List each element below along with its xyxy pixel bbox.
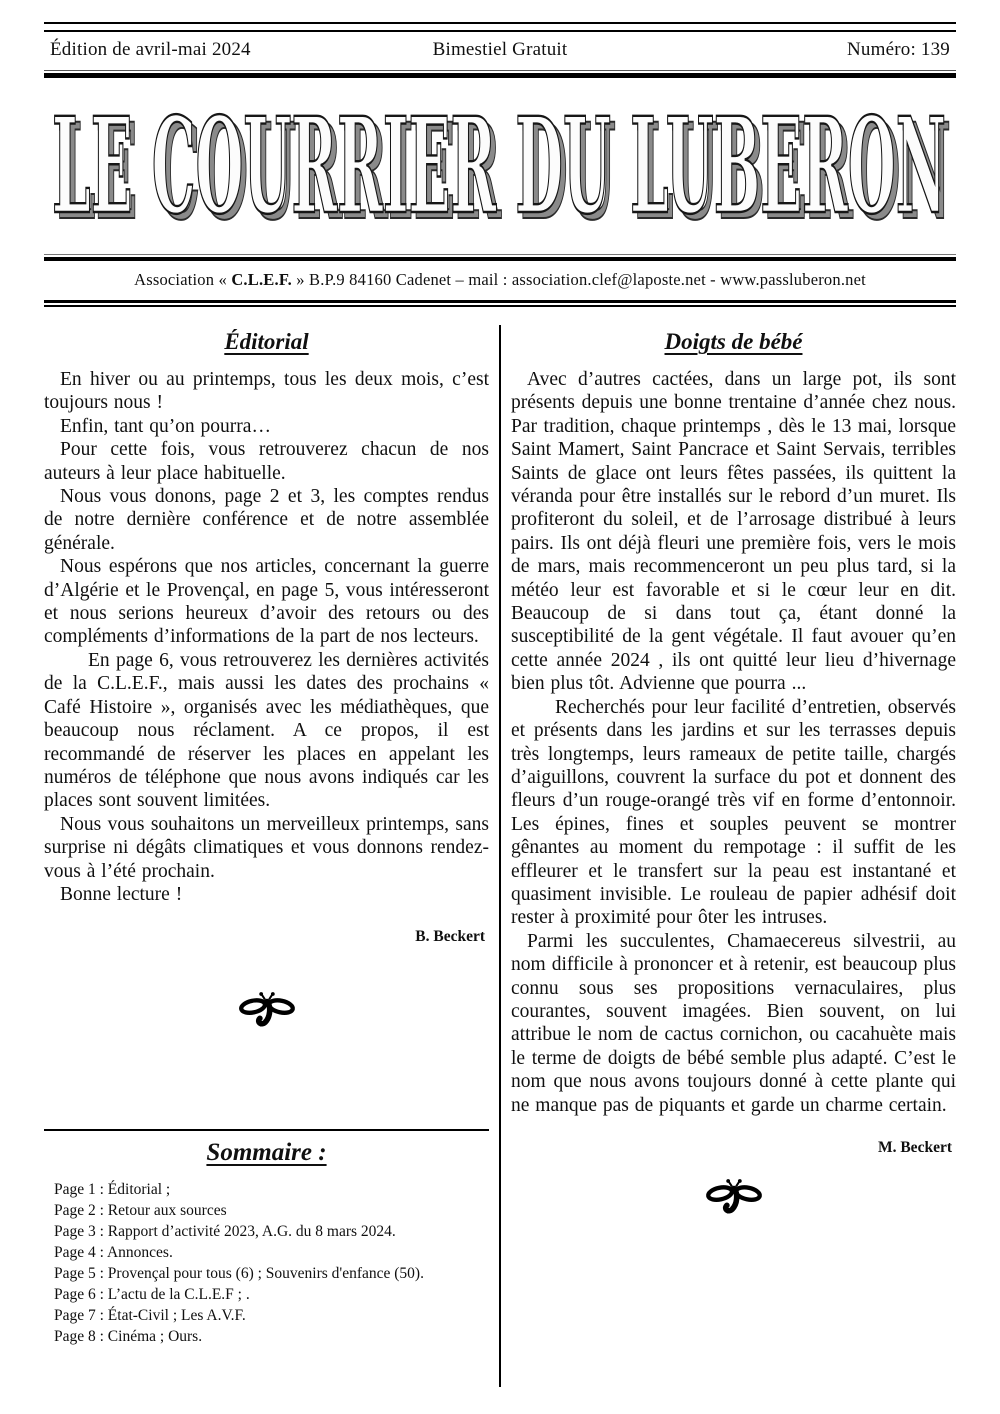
association-contact: » B.P.9 84160 Cadenet – mail : associati… xyxy=(292,270,866,289)
newspaper-front-page: Édition de avril-mai 2024 Bimestiel Grat… xyxy=(0,0,1000,1414)
masthead-bottom-rule xyxy=(44,254,956,261)
edition-date: Édition de avril-mai 2024 xyxy=(50,39,433,61)
editorial-paragraph: Nous vous souhaitons un merveilleux prin… xyxy=(44,813,489,883)
masthead-title: LE COURRIER DU LUBERON xyxy=(52,92,946,244)
editorial-paragraph: Enfin, tant qu’on pourra… xyxy=(44,415,489,438)
top-rule xyxy=(44,22,956,32)
sommaire-item: Page 7 : État-Civil ; Les A.V.F. xyxy=(54,1305,489,1326)
sommaire-list: Page 1 : Éditorial ; Page 2 : Retour aux… xyxy=(44,1179,489,1347)
editorial-paragraph: Bonne lecture ! xyxy=(44,883,489,906)
doigts-article: Doigts de bébé Avec d’autres cactées, da… xyxy=(509,325,956,1387)
sommaire-item: Page 3 : Rapport d’activité 2023, A.G. d… xyxy=(54,1221,489,1242)
sommaire-item: Page 8 : Cinéma ; Ours. xyxy=(54,1326,489,1347)
doigts-paragraph: Recherchés pour leur facilité d’entretie… xyxy=(511,696,956,930)
doigts-signature: M. Beckert xyxy=(511,1139,956,1157)
editorial-signature: B. Beckert xyxy=(44,928,489,946)
sommaire-item: Page 1 : Éditorial ; xyxy=(54,1179,489,1200)
editorial-article: Éditorial En hiver ou au printemps, tous… xyxy=(44,325,491,1387)
column-divider xyxy=(499,325,501,1387)
sommaire-top-rule xyxy=(44,1129,489,1131)
association-org: C.L.E.F. xyxy=(231,270,292,289)
bee-ornament-icon xyxy=(511,1179,956,1222)
editorial-paragraph: En page 6, vous retrouverez les dernière… xyxy=(44,649,489,813)
sommaire-item: Page 2 : Retour aux sources xyxy=(54,1200,489,1221)
editorial-paragraph: Nous vous donons, page 2 et 3, les compt… xyxy=(44,485,489,555)
doigts-paragraph: Avec d’autres cactées, dans un large pot… xyxy=(511,368,956,696)
association-line: Association « C.L.E.F. » B.P.9 84160 Cad… xyxy=(44,261,956,300)
issue-number: Numéro: 139 xyxy=(567,39,950,61)
sommaire-item: Page 5 : Provençal pour tous (6) ; Souve… xyxy=(54,1263,489,1284)
top-bar: Édition de avril-mai 2024 Bimestiel Grat… xyxy=(44,22,956,78)
masthead: LE COURRIER DU LUBERON LE COURRIER DU LU… xyxy=(44,92,956,244)
association-prefix: Association « xyxy=(134,270,231,289)
content-columns: Éditorial En hiver ou au printemps, tous… xyxy=(44,325,956,1387)
doigts-title: Doigts de bébé xyxy=(511,329,956,355)
bee-ornament-icon xyxy=(44,992,489,1035)
association-bottom-rule xyxy=(44,300,956,307)
editorial-paragraph: Nous espérons que nos articles, concerna… xyxy=(44,555,489,649)
editorial-paragraph: En hiver ou au printemps, tous les deux … xyxy=(44,368,489,415)
editorial-title: Éditorial xyxy=(44,329,489,355)
editorial-paragraph: Pour cette fois, vous retrouverez chacun… xyxy=(44,438,489,485)
sommaire-title: Sommaire : xyxy=(44,1139,489,1167)
frequency-label: Bimestiel Gratuit xyxy=(433,39,568,61)
doigts-paragraph: Parmi les succulentes, Chamaecereus silv… xyxy=(511,930,956,1117)
sommaire-item: Page 6 : L’actu de la C.L.E.F ; . xyxy=(54,1284,489,1305)
masthead-art: LE COURRIER DU LUBERON LE COURRIER DU LU… xyxy=(44,92,956,244)
topbar-bottom-rule xyxy=(44,70,956,78)
sommaire-item: Page 4 : Annonces. xyxy=(54,1242,489,1263)
